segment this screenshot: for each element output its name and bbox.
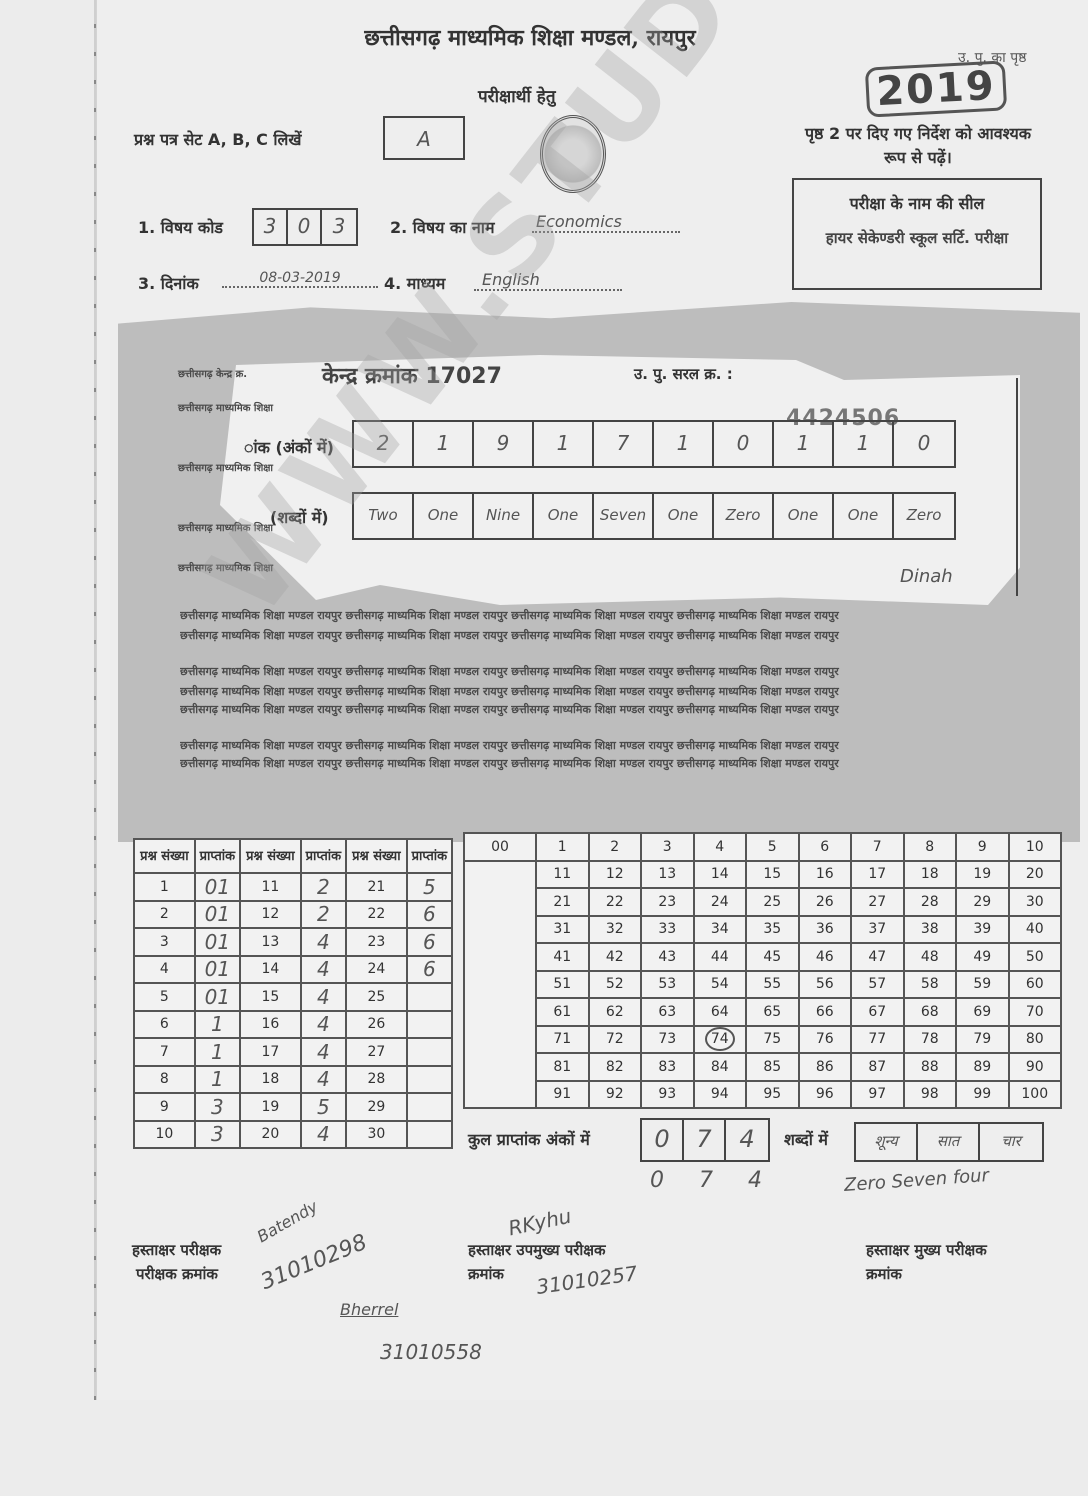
grid-score-cell[interactable]: 10 [1009,833,1062,861]
grid-score-cell[interactable]: 57 [851,971,904,999]
grid-score-cell[interactable]: 20 [1009,861,1062,889]
table-header-row: प्रश्न संख्या प्राप्तांक प्रश्न संख्या प… [134,839,452,873]
question-number: 8 [134,1066,195,1094]
grid-score-cell[interactable]: 33 [641,916,694,944]
grid-score-cell[interactable]: 3 [641,833,694,861]
marks-cell[interactable]: 4 [301,983,346,1011]
marks-cell[interactable] [407,1066,452,1094]
grid-score-cell[interactable]: 17 [851,861,904,889]
grid-score-cell[interactable]: 16 [799,861,852,889]
marks-cell[interactable]: 4 [301,1121,346,1149]
subject-code-label: 1. विषय कोड [138,216,223,238]
question-number: 27 [346,1038,407,1066]
grid-score-cell[interactable]: 72 [589,1026,642,1054]
grid-score-cell[interactable]: 60 [1009,971,1062,999]
marks-cell[interactable]: 01 [195,901,240,929]
grid-score-cell[interactable]: 43 [641,943,694,971]
grid-score-cell[interactable]: 99 [956,1081,1009,1109]
question-number: 24 [346,956,407,984]
security-print-line: छत्तीसगढ़ माध्यमिक शिक्षा मण्डल रायपुर छ… [180,738,1040,753]
grid-score-cell[interactable]: 41 [536,943,589,971]
question-number: 18 [240,1066,301,1094]
security-print-short: छत्तीसगढ़ माध्यमिक शिक्षा [178,400,273,414]
marks-cell[interactable] [407,1038,452,1066]
marks-cell[interactable] [407,1121,452,1149]
grid-score-cell[interactable]: 28 [904,888,957,916]
table-row: 101112215 [134,873,452,901]
grid-score-cell[interactable]: 8 [904,833,957,861]
subject-code-digit: 0 [288,210,322,244]
grid-score-cell[interactable]: 68 [904,998,957,1026]
circled-score: 74 [705,1027,735,1051]
question-number: 22 [346,901,407,929]
marks-cell[interactable]: 4 [301,956,346,984]
question-number: 17 [240,1038,301,1066]
grid-score-cell[interactable]: 42 [589,943,642,971]
scanned-page: छत्तीसगढ़ माध्यमिक शिक्षा मण्डल, रायपुर … [0,0,1088,1496]
question-number: 1 [134,873,195,901]
grid-score-cell[interactable]: 66 [799,998,852,1026]
question-number: 15 [240,983,301,1011]
grid-score-cell[interactable]: 62 [589,998,642,1026]
grid-score-cell[interactable]: 96 [799,1081,852,1109]
grid-score-cell[interactable]: 36 [799,916,852,944]
grid-score-cell[interactable]: 67 [851,998,904,1026]
grid-score-cell[interactable]: 14 [694,861,747,889]
marks-cell[interactable]: 2 [301,873,346,901]
grid-row: 51525354555657585960 [464,971,1061,999]
grid-row: 21222324252627282930 [464,888,1061,916]
date-label: 3. दिनांक [138,272,199,294]
grid-score-cell[interactable]: 79 [956,1026,1009,1054]
grid-score-cell[interactable]: 69 [956,998,1009,1026]
roll-word: One [654,494,714,538]
marks-cell[interactable]: 6 [407,928,452,956]
seal-stamp: हायर सेकेण्डरी स्कूल सर्टि. परीक्षा [794,228,1040,248]
grid-score-cell[interactable]: 64 [694,998,747,1026]
question-number: 21 [346,873,407,901]
grid-score-cell[interactable]: 70 [1009,998,1062,1026]
grid-score-cell[interactable]: 92 [589,1081,642,1109]
grid-score-cell[interactable]: 73 [641,1026,694,1054]
seal-title: परीक्षा के नाम की सील [794,192,1040,214]
question-number: 9 [134,1093,195,1121]
grid-score-cell[interactable]: 80 [1009,1026,1062,1054]
total-word: चार [980,1124,1042,1160]
grid-score-cell[interactable]: 44 [694,943,747,971]
grid-row: 61626364656667686970 [464,998,1061,1026]
grid-score-cell[interactable]: 89 [956,1053,1009,1081]
column-header: प्रश्न संख्या [240,839,301,873]
roll-word: One [414,494,474,538]
total-digits-label: कुल प्राप्तांक अंकों में [468,1128,590,1150]
chief-examiner-number-label: क्रमांक [866,1262,902,1286]
roll-digit: 0 [714,422,774,466]
roll-digit: 1 [774,422,834,466]
grid-score-cell[interactable]: 30 [1009,888,1062,916]
grid-score-cell[interactable]: 29 [956,888,1009,916]
security-print-line: छत्तीसगढ़ माध्यमिक शिक्षा मण्डल रायपुर छ… [180,608,1040,623]
grid-score-cell[interactable]: 49 [956,943,1009,971]
marks-cell[interactable]: 6 [407,956,452,984]
grid-score-cell[interactable]: 63 [641,998,694,1026]
total-digit: 0 [642,1120,684,1160]
question-number: 26 [346,1011,407,1039]
roll-word: One [834,494,894,538]
grid-score-cell[interactable]: 45 [746,943,799,971]
marks-cell[interactable]: 4 [301,928,346,956]
grid-score-cell[interactable]: 83 [641,1053,694,1081]
grid-score-cell[interactable]: 56 [799,971,852,999]
total-digit: 4 [726,1120,768,1160]
marks-cell[interactable]: 3 [195,1121,240,1149]
question-number: 4 [134,956,195,984]
question-number: 20 [240,1121,301,1149]
grid-score-cell[interactable]: 5 [746,833,799,861]
grid-score-cell[interactable]: 32 [589,916,642,944]
total-words-label: शब्दों में [784,1128,828,1150]
grid-score-cell[interactable]: 46 [799,943,852,971]
question-number: 2 [134,901,195,929]
question-number: 16 [240,1011,301,1039]
grid-score-cell[interactable]: 4 [694,833,747,861]
column-header: प्राप्तांक [301,839,346,873]
grid-row: 41424344454647484950 [464,943,1061,971]
grid-score-cell[interactable]: 85 [746,1053,799,1081]
set-label: प्रश्न पत्र सेट A, B, C लिखें [134,128,302,150]
grid-score-cell[interactable]: 50 [1009,943,1062,971]
grid-row: 31323334353637383940 [464,916,1061,944]
grid-score-cell[interactable]: 94 [694,1081,747,1109]
grid-score-cell[interactable]: 77 [851,1026,904,1054]
grid-score-cell[interactable]: 18 [904,861,957,889]
question-number: 12 [240,901,301,929]
grid-row: 81828384858687888990 [464,1053,1061,1081]
roll-label: छत्तीसगढ़ केन्द्र क्र. [178,366,247,380]
question-marks-table: प्रश्न संख्या प्राप्तांक प्रश्न संख्या प… [133,838,453,1149]
grid-score-cell[interactable]: 27 [851,888,904,916]
grid-score-cell[interactable]: 84 [694,1053,747,1081]
grid-score-cell[interactable]: 90 [1009,1053,1062,1081]
table-row: 6116426 [134,1011,452,1039]
roll-words-boxes[interactable]: Two One Nine One Seven One Zero One One … [352,492,956,540]
marks-cell[interactable]: 4 [301,1011,346,1039]
grid-score-cell[interactable]: 78 [904,1026,957,1054]
total-word: सात [918,1124,980,1160]
marks-cell[interactable]: 01 [195,873,240,901]
question-number: 13 [240,928,301,956]
grid-score-cell[interactable]: 82 [589,1053,642,1081]
column-header: प्रश्न संख्या [134,839,195,873]
grid-score-cell[interactable]: 71 [536,1026,589,1054]
grid-score-cell[interactable]: 47 [851,943,904,971]
grid-score-cell[interactable]: 93 [641,1081,694,1109]
question-number: 30 [346,1121,407,1149]
column-header: प्रश्न संख्या [346,839,407,873]
question-number: 25 [346,983,407,1011]
grid-zero-cell[interactable]: 00 [464,833,536,861]
total-words-boxes[interactable]: शून्य सात चार [854,1122,1044,1162]
roll-word: Zero [714,494,774,538]
question-number: 10 [134,1121,195,1149]
extra-signature: Bherrel [340,1300,398,1319]
table-row: 201122226 [134,901,452,929]
grid-score-cell[interactable]: 2 [589,833,642,861]
marks-cell[interactable]: 4 [301,1066,346,1094]
marks-cell[interactable]: 1 [195,1011,240,1039]
grid-row: 919293949596979899100 [464,1081,1061,1109]
question-number: 11 [240,873,301,901]
marks-cell[interactable]: 5 [407,873,452,901]
table-row: 10320430 [134,1121,452,1149]
grid-score-cell[interactable]: 81 [536,1053,589,1081]
subject-code-digit: 3 [254,210,288,244]
grid-score-cell[interactable]: 98 [904,1081,957,1109]
flap-divider-line [1016,378,1018,596]
marks-cell[interactable] [407,983,452,1011]
grid-score-cell[interactable]: 35 [746,916,799,944]
examiner-signature-label: हस्ताक्षर परीक्षक [132,1238,221,1262]
grid-score-cell[interactable]: 6 [799,833,852,861]
table-row: 401144246 [134,956,452,984]
deputy-examiner-number-label: क्रमांक [468,1262,504,1286]
grid-score-cell[interactable]: 19 [956,861,1009,889]
grid-score-cell[interactable]: 53 [641,971,694,999]
grid-score-cell[interactable]: 12 [589,861,642,889]
total-word: शून्य [856,1124,918,1160]
grid-score-cell[interactable]: 97 [851,1081,904,1109]
grid-score-cell[interactable]: 39 [956,916,1009,944]
grid-score-cell[interactable]: 52 [589,971,642,999]
security-print-line: छत्तीसगढ़ माध्यमिक शिक्षा मण्डल रायपुर छ… [180,684,1040,699]
question-number: 6 [134,1011,195,1039]
marks-cell[interactable]: 5 [301,1093,346,1121]
grid-score-cell[interactable]: 26 [799,888,852,916]
answer-sheet-serial-label: उ. पु. सरल क्र. : [634,364,733,384]
roll-word: Zero [894,494,954,538]
grid-score-cell[interactable]: 15 [746,861,799,889]
marks-cell[interactable]: 1 [195,1038,240,1066]
roll-word: Nine [474,494,534,538]
grid-score-cell[interactable]: 75 [746,1026,799,1054]
grid-score-cell[interactable]: 38 [904,916,957,944]
question-number: 28 [346,1066,407,1094]
security-print-line: छत्तीसगढ़ माध्यमिक शिक्षा मण्डल रायपुर छ… [180,628,1040,643]
year-stamp: 2019 [865,60,1007,117]
grid-score-cell[interactable]: 48 [904,943,957,971]
handwritten-total-digits: 0 7 4 [650,1168,776,1193]
date-field[interactable]: 08-03-2019 [222,270,378,288]
total-score-grid: 0012345678910111213141516171819202122232… [463,832,1062,1109]
table-row: 9319529 [134,1093,452,1121]
grid-score-cell[interactable]: 25 [746,888,799,916]
subject-code-digit: 3 [322,210,356,244]
subject-code-boxes[interactable]: 3 0 3 [252,208,358,246]
roll-word: One [774,494,834,538]
grid-score-cell[interactable]: 86 [799,1053,852,1081]
column-header: प्राप्तांक [407,839,452,873]
question-number: 29 [346,1093,407,1121]
grid-score-cell[interactable]: 54 [694,971,747,999]
marks-cell[interactable]: 01 [195,928,240,956]
marks-cell[interactable] [407,1093,452,1121]
marks-cell[interactable]: 01 [195,956,240,984]
grid-row: 71727374757677787980 [464,1026,1061,1054]
examiner-number-label: परीक्षक क्रमांक [136,1262,218,1286]
roll-digit: 7 [594,422,654,466]
grid-score-cell[interactable]: 88 [904,1053,957,1081]
grid-score-cell[interactable]: 7 [851,833,904,861]
marks-cell[interactable]: 3 [195,1093,240,1121]
total-digits-boxes[interactable]: 0 7 4 [640,1118,770,1162]
question-number: 14 [240,956,301,984]
marks-cell[interactable]: 2 [301,901,346,929]
grid-score-cell[interactable]: 21 [536,888,589,916]
grid-score-cell[interactable]: 23 [641,888,694,916]
exam-seal-box: परीक्षा के नाम की सील हायर सेकेण्डरी स्क… [792,178,1042,290]
marks-cell[interactable] [407,1011,452,1039]
security-print-line: छत्तीसगढ़ माध्यमिक शिक्षा मण्डल रायपुर छ… [180,702,1040,717]
grid-score-cell[interactable]: 34 [694,916,747,944]
grid-score-cell[interactable]: 11 [536,861,589,889]
question-number: 7 [134,1038,195,1066]
roll-word: One [534,494,594,538]
grid-score-cell[interactable]: 95 [746,1081,799,1109]
table-row: 8118428 [134,1066,452,1094]
set-value-box[interactable]: A [383,116,465,160]
marks-cell[interactable]: 01 [195,983,240,1011]
question-number: 19 [240,1093,301,1121]
roll-digit: 0 [894,422,954,466]
grid-score-cell[interactable]: 58 [904,971,957,999]
grid-score-cell[interactable]: 76 [799,1026,852,1054]
grid-row: 11121314151617181920 [464,861,1061,889]
roll-word: Seven [594,494,654,538]
grid-score-cell[interactable]: 22 [589,888,642,916]
instruction-text: पृष्ठ 2 पर दिए गए निर्देश को आवश्यक रूप … [800,122,1036,170]
grid-score-cell[interactable]: 37 [851,916,904,944]
grid-score-cell[interactable]: 91 [536,1081,589,1109]
grid-score-cell[interactable]: 61 [536,998,589,1026]
roll-digit: 1 [834,422,894,466]
table-row: 7117427 [134,1038,452,1066]
roll-digit: 1 [534,422,594,466]
total-digit: 7 [684,1120,726,1160]
grid-score-cell[interactable]: 31 [536,916,589,944]
table-row: 301134236 [134,928,452,956]
marks-cell[interactable]: 1 [195,1066,240,1094]
invigilator-signature: Dinah [900,566,953,587]
question-number: 23 [346,928,407,956]
grid-score-cell[interactable]: 59 [956,971,1009,999]
grid-score-cell[interactable]: 40 [1009,916,1062,944]
question-number: 3 [134,928,195,956]
chief-examiner-signature-label: हस्ताक्षर मुख्य परीक्षक [866,1238,987,1262]
grid-score-cell[interactable]: 51 [536,971,589,999]
marks-cell[interactable]: 4 [301,1038,346,1066]
grid-score-cell[interactable]: 9 [956,833,1009,861]
column-header: प्राप्तांक [195,839,240,873]
grid-score-cell[interactable]: 65 [746,998,799,1026]
security-print-line: छत्तीसगढ़ माध्यमिक शिक्षा मण्डल रायपुर छ… [180,756,1040,771]
grid-score-cell[interactable]: 87 [851,1053,904,1081]
binding-stitch [94,0,96,1400]
roll-digit: 9 [474,422,534,466]
grid-score-cell[interactable]: 1 [536,833,589,861]
grid-blank-cell [464,861,536,1109]
table-row: 50115425 [134,983,452,1011]
roll-digit: 1 [654,422,714,466]
grid-score-cell[interactable]: 100 [1009,1081,1062,1109]
deputy-examiner-signature-label: हस्ताक्षर उपमुख्य परीक्षक [468,1238,606,1262]
extra-number: 31010558 [380,1340,482,1364]
question-number: 5 [134,983,195,1011]
marks-cell[interactable]: 6 [407,901,452,929]
grid-score-cell[interactable]: 74 [694,1026,747,1054]
grid-score-cell[interactable]: 13 [641,861,694,889]
grid-score-cell[interactable]: 55 [746,971,799,999]
security-print-line: छत्तीसगढ़ माध्यमिक शिक्षा मण्डल रायपुर छ… [180,664,1040,679]
grid-row: 0012345678910 [464,833,1061,861]
grid-score-cell[interactable]: 24 [694,888,747,916]
